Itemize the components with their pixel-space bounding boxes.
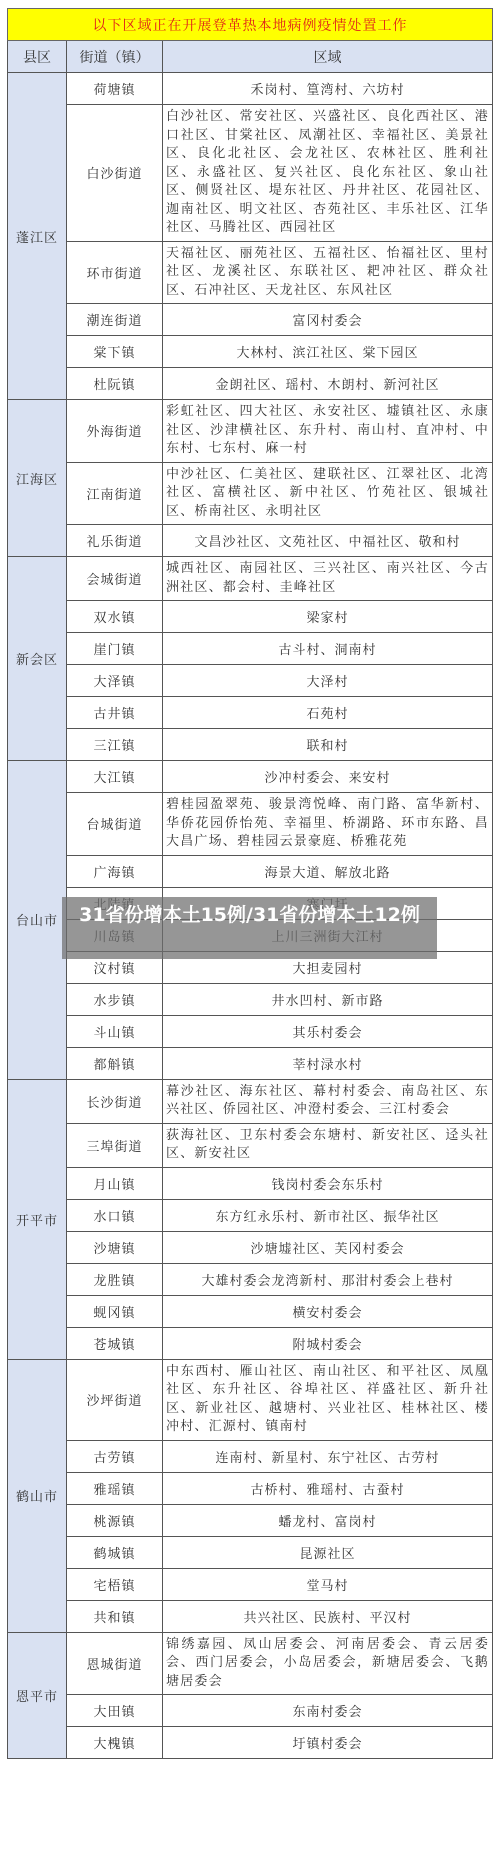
area-cell: 东方红永乐村、新市社区、振华社区 <box>163 1199 493 1231</box>
area-cell: 古斗村、洞南村 <box>163 633 493 665</box>
town-cell: 斗山镇 <box>67 1015 163 1047</box>
table-row: 苍城镇附城村委会 <box>8 1327 493 1359</box>
town-cell: 桃源镇 <box>67 1504 163 1536</box>
table-row: 崖门镇古斗村、洞南村 <box>8 633 493 665</box>
town-cell: 三埠街道 <box>67 1123 163 1167</box>
town-cell: 白沙街道 <box>67 105 163 242</box>
area-cell: 锦绣嘉园、凤山居委会、河南居委会、青云居委会、西门居委会，小岛居委会，新塘居委会… <box>163 1632 493 1695</box>
table-row: 台城街道碧桂园盈翠苑、骏景湾悦峰、南门路、富华新村、华侨花园侨怡苑、幸福里、桥湖… <box>8 793 493 856</box>
town-cell: 蚬冈镇 <box>67 1295 163 1327</box>
table-row: 江海区外海街道彩虹社区、四大社区、永安社区、墟镇社区、永康社区、沙津横社区、东升… <box>8 400 493 463</box>
county-cell: 江海区 <box>8 400 67 557</box>
town-cell: 古井镇 <box>67 697 163 729</box>
table-row: 月山镇钱岗村委会东乐村 <box>8 1167 493 1199</box>
town-cell: 三江镇 <box>67 729 163 761</box>
table-row: 古劳镇连南村、新星村、东宁社区、古劳村 <box>8 1440 493 1472</box>
town-cell: 礼乐街道 <box>67 525 163 557</box>
epidemic-area-table-container: 以下区域正在开展登革热本地病例疫情处置工作 县区 街道（镇） 区域 蓬江区荷塘镇… <box>7 8 492 1759</box>
town-cell: 台城街道 <box>67 793 163 856</box>
area-cell: 沙冲村委会、来安村 <box>163 761 493 793</box>
town-cell: 大槐镇 <box>67 1727 163 1759</box>
area-cell: 大泽村 <box>163 665 493 697</box>
table-row: 共和镇共兴社区、民族村、平汉村 <box>8 1600 493 1632</box>
header-county: 县区 <box>8 41 67 73</box>
news-caption-overlay: 31省份增本土15例/31省份增本土12例 <box>62 897 437 959</box>
table-row: 斗山镇其乐村委会 <box>8 1015 493 1047</box>
table-row: 水步镇井水凹村、新市路 <box>8 983 493 1015</box>
epidemic-area-table: 以下区域正在开展登革热本地病例疫情处置工作 县区 街道（镇） 区域 蓬江区荷塘镇… <box>7 8 493 1759</box>
town-cell: 潮连街道 <box>67 304 163 336</box>
area-cell: 天福社区、丽苑社区、五福社区、怡福社区、里村社区、龙溪社区、东联社区、耙冲社区、… <box>163 241 493 304</box>
area-cell: 昆源社区 <box>163 1536 493 1568</box>
town-cell: 荷塘镇 <box>67 73 163 105</box>
area-cell: 东南村委会 <box>163 1695 493 1727</box>
area-cell: 碧桂园盈翠苑、骏景湾悦峰、南门路、富华新村、华侨花园侨怡苑、幸福里、桥湖路、环市… <box>163 793 493 856</box>
area-cell: 禾岗村、篁湾村、六坊村 <box>163 73 493 105</box>
town-cell: 外海街道 <box>67 400 163 463</box>
area-cell: 其乐村委会 <box>163 1015 493 1047</box>
table-row: 大槐镇圩镇村委会 <box>8 1727 493 1759</box>
town-cell: 宅梧镇 <box>67 1568 163 1600</box>
area-cell: 横安村委会 <box>163 1295 493 1327</box>
area-cell: 莘村渌水村 <box>163 1047 493 1079</box>
town-cell: 广海镇 <box>67 855 163 887</box>
area-cell: 彩虹社区、四大社区、永安社区、墟镇社区、永康社区、沙津横社区、东升村、南山村、直… <box>163 400 493 463</box>
area-cell: 古桥村、雅瑶村、古蚕村 <box>163 1472 493 1504</box>
area-cell: 梁家村 <box>163 601 493 633</box>
table-row: 棠下镇大林村、滨江社区、棠下园区 <box>8 336 493 368</box>
header-town: 街道（镇） <box>67 41 163 73</box>
town-cell: 龙胜镇 <box>67 1263 163 1295</box>
town-cell: 会城街道 <box>67 557 163 601</box>
table-row: 江南街道中沙社区、仁美社区、建联社区、江翠社区、北湾社区、富横社区、新中社区、竹… <box>8 462 493 525</box>
county-cell: 新会区 <box>8 557 67 761</box>
table-row: 三江镇联和村 <box>8 729 493 761</box>
county-cell: 鹤山市 <box>8 1359 67 1632</box>
table-row: 新会区会城街道城西社区、南园社区、三兴社区、南兴社区、今古洲社区、都会村、圭峰社… <box>8 557 493 601</box>
area-cell: 白沙社区、常安社区、兴盛社区、良化西社区、港口社区、甘棠社区、凤潮社区、幸福社区… <box>163 105 493 242</box>
town-cell: 大田镇 <box>67 1695 163 1727</box>
area-cell: 海景大道、解放北路 <box>163 855 493 887</box>
area-cell: 石苑村 <box>163 697 493 729</box>
area-cell: 蟠龙村、富岗村 <box>163 1504 493 1536</box>
town-cell: 棠下镇 <box>67 336 163 368</box>
table-row: 杜阮镇金朗社区、瑶村、木朗村、新河社区 <box>8 368 493 400</box>
town-cell: 崖门镇 <box>67 633 163 665</box>
town-cell: 水口镇 <box>67 1199 163 1231</box>
table-row: 广海镇海景大道、解放北路 <box>8 855 493 887</box>
town-cell: 沙坪街道 <box>67 1359 163 1440</box>
town-cell: 古劳镇 <box>67 1440 163 1472</box>
table-row: 水口镇东方红永乐村、新市社区、振华社区 <box>8 1199 493 1231</box>
table-row: 都斛镇莘村渌水村 <box>8 1047 493 1079</box>
area-cell: 城西社区、南园社区、三兴社区、南兴社区、今古洲社区、都会村、圭峰社区 <box>163 557 493 601</box>
town-cell: 大江镇 <box>67 761 163 793</box>
area-cell: 文昌沙社区、文苑社区、中福社区、敬和村 <box>163 525 493 557</box>
town-cell: 双水镇 <box>67 601 163 633</box>
area-cell: 井水凹村、新市路 <box>163 983 493 1015</box>
area-cell: 堂马村 <box>163 1568 493 1600</box>
area-cell: 中东西村、雁山社区、南山社区、和平社区、凤凰社区、东升社区、谷埠社区、祥盛社区、… <box>163 1359 493 1440</box>
table-row: 蚬冈镇横安村委会 <box>8 1295 493 1327</box>
area-cell: 荻海社区、卫东村委会东塘村、新安社区、迳头社区、新安社区 <box>163 1123 493 1167</box>
town-cell: 雅瑶镇 <box>67 1472 163 1504</box>
area-cell: 幕沙社区、海东社区、幕村村委会、南岛社区、东兴社区、侨园社区、冲澄村委会、三江村… <box>163 1079 493 1123</box>
table-row: 开平市长沙街道幕沙社区、海东社区、幕村村委会、南岛社区、东兴社区、侨园社区、冲澄… <box>8 1079 493 1123</box>
table-row: 环市街道天福社区、丽苑社区、五福社区、怡福社区、里村社区、龙溪社区、东联社区、耙… <box>8 241 493 304</box>
area-cell: 大雄村委会龙湾新村、那泔村委会上巷村 <box>163 1263 493 1295</box>
town-cell: 恩城街道 <box>67 1632 163 1695</box>
town-cell: 都斛镇 <box>67 1047 163 1079</box>
table-row: 桃源镇蟠龙村、富岗村 <box>8 1504 493 1536</box>
area-cell: 联和村 <box>163 729 493 761</box>
county-cell: 台山市 <box>8 761 67 1080</box>
table-row: 大泽镇大泽村 <box>8 665 493 697</box>
area-cell: 沙塘墟社区、芙冈村委会 <box>163 1231 493 1263</box>
table-row: 蓬江区荷塘镇禾岗村、篁湾村、六坊村 <box>8 73 493 105</box>
town-cell: 鹤城镇 <box>67 1536 163 1568</box>
town-cell: 共和镇 <box>67 1600 163 1632</box>
area-cell: 连南村、新星村、东宁社区、古劳村 <box>163 1440 493 1472</box>
table-row: 白沙街道白沙社区、常安社区、兴盛社区、良化西社区、港口社区、甘棠社区、凤潮社区、… <box>8 105 493 242</box>
town-cell: 大泽镇 <box>67 665 163 697</box>
county-cell: 恩平市 <box>8 1632 67 1759</box>
town-cell: 水步镇 <box>67 983 163 1015</box>
header-area: 区域 <box>163 41 493 73</box>
table-row: 沙塘镇沙塘墟社区、芙冈村委会 <box>8 1231 493 1263</box>
table-row: 潮连街道富冈村委会 <box>8 304 493 336</box>
town-cell: 月山镇 <box>67 1167 163 1199</box>
table-row: 龙胜镇大雄村委会龙湾新村、那泔村委会上巷村 <box>8 1263 493 1295</box>
table-row: 恩平市恩城街道锦绣嘉园、凤山居委会、河南居委会、青云居委会、西门居委会，小岛居委… <box>8 1632 493 1695</box>
area-cell: 金朗社区、瑶村、木朗村、新河社区 <box>163 368 493 400</box>
table-title: 以下区域正在开展登革热本地病例疫情处置工作 <box>8 9 493 41</box>
area-cell: 圩镇村委会 <box>163 1727 493 1759</box>
area-cell: 共兴社区、民族村、平汉村 <box>163 1600 493 1632</box>
town-cell: 环市街道 <box>67 241 163 304</box>
table-row: 台山市大江镇沙冲村委会、来安村 <box>8 761 493 793</box>
table-row: 礼乐街道文昌沙社区、文苑社区、中福社区、敬和村 <box>8 525 493 557</box>
header-row: 县区 街道（镇） 区域 <box>8 41 493 73</box>
table-row: 三埠街道荻海社区、卫东村委会东塘村、新安社区、迳头社区、新安社区 <box>8 1123 493 1167</box>
table-row: 雅瑶镇古桥村、雅瑶村、古蚕村 <box>8 1472 493 1504</box>
area-cell: 富冈村委会 <box>163 304 493 336</box>
table-row: 双水镇梁家村 <box>8 601 493 633</box>
town-cell: 长沙街道 <box>67 1079 163 1123</box>
table-row: 大田镇东南村委会 <box>8 1695 493 1727</box>
area-cell: 中沙社区、仁美社区、建联社区、江翠社区、北湾社区、富横社区、新中社区、竹苑社区、… <box>163 462 493 525</box>
area-cell: 钱岗村委会东乐村 <box>163 1167 493 1199</box>
town-cell: 沙塘镇 <box>67 1231 163 1263</box>
table-row: 宅梧镇堂马村 <box>8 1568 493 1600</box>
area-cell: 附城村委会 <box>163 1327 493 1359</box>
table-row: 古井镇石苑村 <box>8 697 493 729</box>
table-row: 鹤山市沙坪街道中东西村、雁山社区、南山社区、和平社区、凤凰社区、东升社区、谷埠社… <box>8 1359 493 1440</box>
town-cell: 杜阮镇 <box>67 368 163 400</box>
table-row: 鹤城镇昆源社区 <box>8 1536 493 1568</box>
town-cell: 苍城镇 <box>67 1327 163 1359</box>
county-cell: 开平市 <box>8 1079 67 1359</box>
county-cell: 蓬江区 <box>8 73 67 400</box>
town-cell: 江南街道 <box>67 462 163 525</box>
area-cell: 大林村、滨江社区、棠下园区 <box>163 336 493 368</box>
